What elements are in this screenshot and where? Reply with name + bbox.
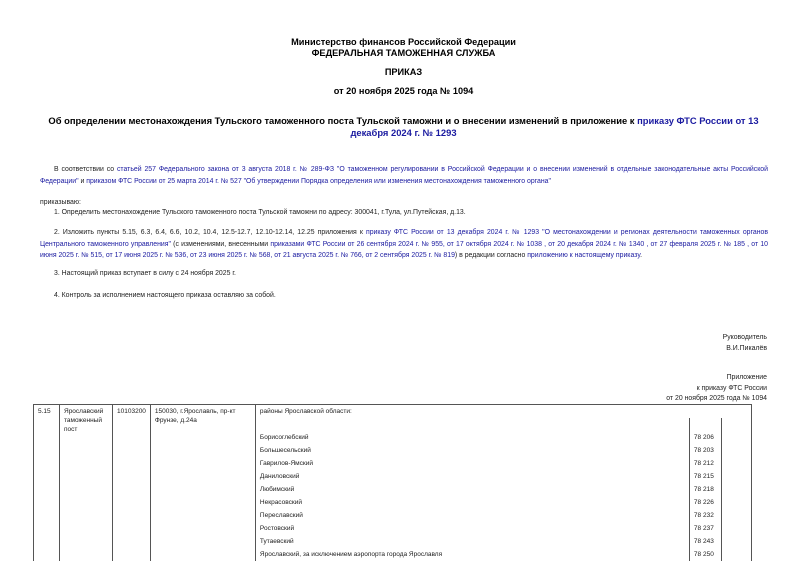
cell-number: 5.15 [34, 405, 60, 562]
item-2-text-d: . [640, 252, 642, 259]
preamble-text-1: В соответствии со [54, 166, 117, 173]
service-name: ФЕДЕРАЛЬНАЯ ТАМОЖЕННАЯ СЛУЖБА [0, 48, 807, 59]
empty-cell [721, 548, 751, 561]
empty-cell [721, 457, 751, 470]
district-name: Любимский [255, 483, 689, 496]
district-okato-code: 78 226 [689, 496, 721, 509]
item-2-link-annex[interactable]: приложению к настоящему приказу [527, 252, 640, 259]
district-name: Ярославский, за исключением аэропорта го… [255, 548, 689, 561]
item-1-text: 1. Определить местонахождение Тульского … [54, 209, 466, 216]
district-okato-code: 78 243 [689, 535, 721, 548]
item-3-text: 3. Настоящий приказ вступает в силу с 24… [54, 270, 236, 277]
empty-cell [721, 431, 751, 444]
item-3: 3. Настоящий приказ вступает в силу с 24… [40, 268, 768, 280]
annex-header-line-2: к приказу ФТС России [666, 384, 767, 395]
item-2-text-a: 2. Изложить пункты 5.15, 6.3, 6.4, 6.6, … [54, 229, 366, 236]
preamble-link-order-527[interactable]: приказом ФТС России от 25 марта 2014 г. … [86, 178, 551, 185]
district-name: Борисоглебский [255, 431, 689, 444]
district-name: Переславский [255, 509, 689, 522]
item-2: 2. Изложить пункты 5.15, 6.3, 6.4, 6.6, … [40, 227, 768, 262]
table-row: 5.15 Ярославский таможенный пост 1010320… [34, 405, 752, 419]
document-type: ПРИКАЗ [0, 67, 807, 78]
empty-cell [721, 509, 751, 522]
district-name: Ростовский [255, 522, 689, 535]
annex-table: 5.15 Ярославский таможенный пост 1010320… [33, 404, 752, 561]
item-4-text: 4. Контроль за исполнением настоящего пр… [54, 292, 276, 299]
district-name: Даниловский [255, 470, 689, 483]
empty-cell [721, 444, 751, 457]
item-4: 4. Контроль за исполнением настоящего пр… [40, 290, 768, 302]
district-okato-code: 78 206 [689, 431, 721, 444]
district-okato-code: 78 218 [689, 483, 721, 496]
district-okato-code: 78 203 [689, 444, 721, 457]
signature-name: В.И.Пикалёв [723, 344, 767, 355]
empty-cell [721, 496, 751, 509]
district-okato-code: 78 237 [689, 522, 721, 535]
title-text: Об определении местонахождения Тульского… [48, 115, 637, 126]
annex-header-line-3: от 20 ноября 2025 года № 1094 [666, 394, 767, 405]
cell-post-name: Ярославский таможенный пост [60, 405, 113, 562]
district-name: Некрасовский [255, 496, 689, 509]
empty-cell [721, 522, 751, 535]
district-okato-code: 78 212 [689, 457, 721, 470]
district-name: Гаврилов-Ямский [255, 457, 689, 470]
document-date-number: от 20 ноября 2025 года № 1094 [0, 86, 807, 97]
empty-cell [721, 470, 751, 483]
item-1: 1. Определить местонахождение Тульского … [40, 207, 768, 219]
district-okato-code: 78 215 [689, 470, 721, 483]
cell-post-code: 10103200 [113, 405, 151, 562]
district-name: Тутаевский [255, 535, 689, 548]
document-title: Об определении местонахождения Тульского… [40, 115, 767, 139]
ministry-name: Министерство финансов Российской Федерац… [0, 37, 807, 48]
cell-address: 150030, г.Ярославль, пр-кт Фрунзе, д.24а [150, 405, 255, 562]
empty-cell [721, 535, 751, 548]
district-okato-code: 78 232 [689, 509, 721, 522]
preamble: В соответствии со статьей 257 Федерально… [40, 164, 768, 187]
signature-block: Руководитель В.И.Пикалёв [723, 333, 767, 354]
item-2-text-c: ) в редакции согласно [455, 252, 527, 259]
item-2-text-b: (с изменениями, внесенными [171, 241, 270, 248]
annex-header-line-1: Приложение [666, 373, 767, 384]
annex-header: Приложение к приказу ФТС России от 20 но… [666, 373, 767, 405]
signature-position: Руководитель [723, 333, 767, 344]
district-okato-code: 78 250 [689, 548, 721, 561]
cell-region-heading: районы Ярославской области: [255, 405, 751, 419]
empty-cell [721, 483, 751, 496]
district-name: Большесельский [255, 444, 689, 457]
